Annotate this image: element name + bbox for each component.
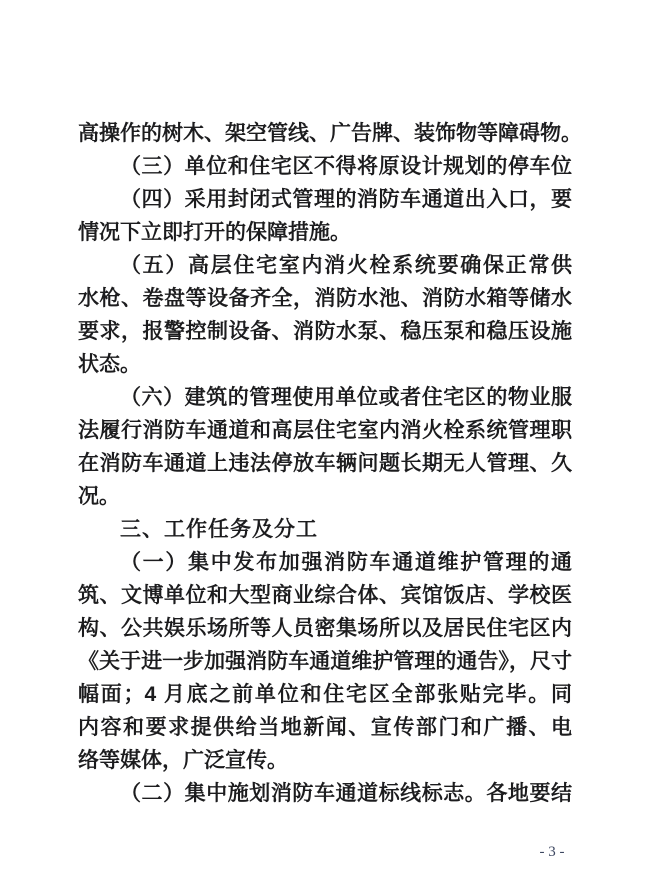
text-line: 情况下立即打开的保障措施。 [78, 216, 572, 249]
text-line: 高操作的树木、架空管线、广告牌、装饰物等障碍物。 [78, 117, 572, 150]
section-heading: 三、工作任务及分工 [78, 513, 572, 546]
text-line: （六）建筑的管理使用单位或者住宅区的物业服务企业要依 [78, 381, 572, 414]
text-line: （二）集中施划消防车通道标线标志。各地要结合实际列出 [78, 777, 572, 810]
text-line: 筑、文博单位和大型商业综合体、宾馆饭店、学校医院、养老机 [78, 579, 572, 612]
text-line: 在消防车通道上违法停放车辆问题长期无人管理、久拖不改的情 [78, 447, 572, 480]
text-line: （一）集中发布加强消防车通道维护管理的通告。在高层建 [78, 546, 572, 579]
text-line: （五）高层住宅室内消火栓系统要确保正常供水，消防水带、 [78, 249, 572, 282]
document-page: 高操作的树木、架空管线、广告牌、装饰物等障碍物。（三）单位和住宅区不得将原设计规… [0, 0, 650, 896]
text-line: 幅面；4 月底之前单位和住宅区全部张贴完毕。同时，要将通告 [78, 678, 572, 711]
page-number: - 3 - [524, 841, 580, 863]
text-line: 状态。 [78, 348, 572, 381]
text-line: 络等媒体，广泛宣传。 [78, 744, 572, 777]
text-line: 法履行消防车通道和高层住宅室内消火栓系统管理职责，不得存 [78, 414, 572, 447]
text-line: 构、公共娱乐场所等人员密集场所以及居民住宅区内广泛张贴 [78, 612, 572, 645]
text-line: （三）单位和住宅区不得将原设计规划的停车位改作他用。 [78, 150, 572, 183]
text-line: 况。 [78, 480, 572, 513]
text-line: 《关于进一步加强消防车通道维护管理的通告》，尺寸不少于 A2 [78, 645, 572, 678]
text-line: （四）采用封闭式管理的消防车通道出入口，要落实在紧急 [78, 183, 572, 216]
text-line: 要求，报警控制设备、消防水泵、稳压泵和稳压设施等处于正常 [78, 315, 572, 348]
text-line: 水枪、卷盘等设备齐全，消防水池、消防水箱等储水量符合设计 [78, 282, 572, 315]
document-body: 高操作的树木、架空管线、广告牌、装饰物等障碍物。（三）单位和住宅区不得将原设计规… [78, 117, 572, 810]
text-line: 内容和要求提供给当地新闻、宣传部门和广播、电视、报刊、网 [78, 711, 572, 744]
